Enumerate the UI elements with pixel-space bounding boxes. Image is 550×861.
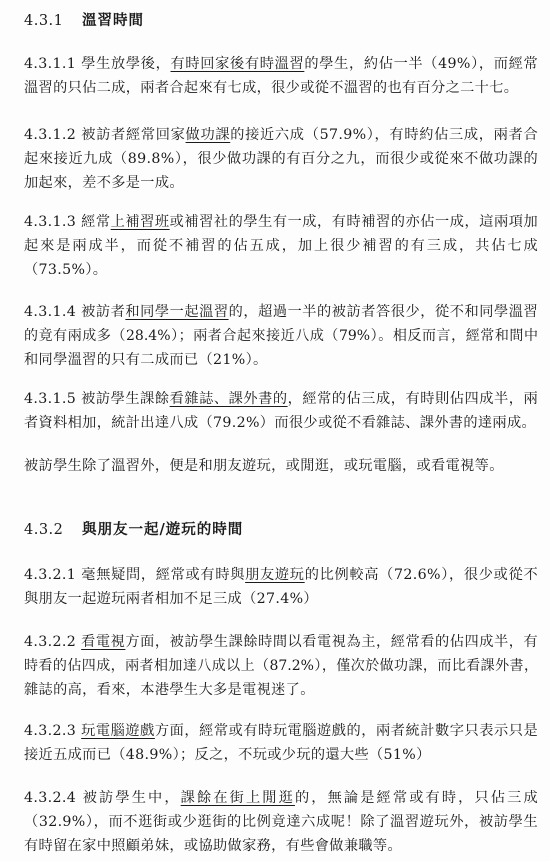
paragraph-line: 4.3.1.1 學生放學後，有時回家後有時溫習的學生，約佔一半（49%），而經常: [24, 54, 538, 74]
underlined-phrase: 玩電腦遊戲: [81, 723, 155, 739]
paragraph-line: 4.3.2.2 看電視方面，被訪學生課餘時間以看電視為主，經常看的佔四成半，有: [24, 632, 538, 652]
underlined-phrase: 朋友遊玩: [245, 567, 305, 583]
paragraph-line: 時看的佔四成，兩者相加達八成以上（87.2%），僅次於做功課，而比看課外書，: [24, 656, 538, 676]
underlined-phrase: 上補習班: [111, 214, 170, 230]
text-segment: 或補習社的學生有一成，有時補習的亦佔一成，這兩項加: [170, 214, 538, 230]
paragraph-line: 者資料相加，統計出達八成（79.2%）而很少或從不看雜誌、課外書的達兩成。: [24, 413, 538, 433]
paragraph-line: 4.3.2.4 被訪學生中，課餘在街上閒逛的，無論是經常或有時，只佔三成: [24, 788, 538, 808]
text-segment: 的，無論是經常或有時，只佔三成: [295, 790, 538, 806]
text-segment: 4.3.1.4 被訪者: [24, 304, 125, 320]
section-heading: 4.3.1溫習時間: [24, 11, 144, 31]
paragraph-line: 溫習的只佔二成，兩者合起來有七成，很少或從不溫習的也有百分之二十七。: [24, 78, 538, 98]
paragraph-line: 接近五成而已（48.9%）；反之，不玩或少玩的還大些（51%）: [24, 745, 538, 765]
underlined-phrase: 看電視: [81, 634, 125, 650]
paragraph-line: 與朋友一起遊玩兩者相加不足三成（27.4%）: [24, 589, 538, 609]
underlined-phrase: 有時回家後有時溫習: [171, 56, 305, 72]
text-segment: 4.3.1.5 被訪學生課餘: [24, 391, 170, 407]
text-segment: 的接近六成（57.9%），有時約佔三成，兩者合: [230, 127, 538, 143]
text-segment: 的學生，約佔一半（49%），而經常: [304, 56, 538, 72]
paragraph-line: 4.3.1.3 經常上補習班或補習社的學生有一成，有時補習的亦佔一成，這兩項加: [24, 212, 538, 232]
text-segment: 時看的佔四成，兩者相加達八成以上（87.2%），僅次於做功課，而比看課外書，: [24, 658, 538, 674]
paragraph-line: 有時留在家中照顧弟妹，或協助做家務，有些會做兼職等。: [24, 836, 538, 856]
section-number: 4.3.2: [24, 520, 82, 540]
section-number: 4.3.1: [24, 11, 82, 31]
text-segment: 的竟有兩成多（28.4%）；兩者合起來接近八成（79%）。相反而言，經常和間中: [24, 328, 538, 344]
paragraph-line: （73.5%）。: [24, 260, 538, 280]
text-segment: 者資料相加，統計出達八成（79.2%）而很少或從不看雜誌、課外書的達兩成。: [24, 415, 536, 431]
underlined-phrase: 課餘在街上閒逛: [181, 790, 295, 806]
text-segment: 4.3.1.1 學生放學後，: [24, 56, 171, 72]
text-segment: 和同學溫習的只有二成而已（21%）。: [24, 352, 268, 368]
text-segment: 的，超過一半的被訪者答很少，從不和同學溫習: [229, 304, 538, 320]
text-segment: 4.3.2.2: [24, 634, 81, 650]
paragraph-line: 4.3.1.2 被訪者經常回家做功課的接近六成（57.9%），有時約佔三成，兩者…: [24, 125, 538, 145]
underlined-phrase: 做功課: [186, 127, 231, 143]
paragraph-line: 被訪學生除了溫習外，便是和朋友遊玩，或閒逛，或玩電腦，或看電視等。: [24, 456, 538, 476]
underlined-phrase: 看雜誌、課外書的: [170, 391, 288, 407]
text-segment: 方面，被訪學生課餘時間以看電視為主，經常看的佔四成半，有: [125, 634, 538, 650]
text-segment: 接近五成而已（48.9%）；反之，不玩或少玩的還大些（51%）: [24, 747, 431, 763]
paragraph-line: 的竟有兩成多（28.4%）；兩者合起來接近八成（79%）。相反而言，經常和間中: [24, 326, 538, 346]
text-segment: 溫習的只佔二成，兩者合起來有七成，很少或從不溫習的也有百分之二十七。: [24, 80, 518, 96]
paragraph-line: 起來是兩成半，而從不補習的佔五成，加上很少補習的有三成，共佔七成: [24, 236, 538, 256]
text-segment: 4.3.1.2 被訪者經常回家: [24, 127, 186, 143]
paragraph-line: 加起來，差不多是一成。: [24, 173, 538, 193]
section-title: 與朋友一起/遊玩的時間: [82, 521, 243, 538]
text-segment: 4.3.2.4 被訪學生中，: [24, 790, 181, 806]
paragraph-line: 雜誌的高，看來，本港學生大多是電視迷了。: [24, 680, 538, 700]
text-segment: 起來接近九成（89.8%），很少做功課的有百分之九，而很少或從來不做功課的: [24, 151, 538, 167]
paragraph-line: 4.3.1.4 被訪者和同學一起溫習的，超過一半的被訪者答很少，從不和同學溫習: [24, 302, 538, 322]
text-segment: 起來是兩成半，而從不補習的佔五成，加上很少補習的有三成，共佔七成: [24, 238, 538, 254]
text-segment: 雜誌的高，看來，本港學生大多是電視迷了。: [24, 682, 315, 698]
text-segment: （73.5%）。: [24, 262, 107, 278]
document-page: 4.3.1溫習時間4.3.1.1 學生放學後，有時回家後有時溫習的學生，約佔一半…: [0, 0, 550, 861]
text-segment: 4.3.1.3 經常: [24, 214, 111, 230]
text-segment: 加起來，差不多是一成。: [24, 175, 184, 191]
paragraph-line: （32.9%），而不逛街或少逛街的比例竟達六成呢！除了溫習遊玩外，被訪學生: [24, 812, 538, 832]
paragraph-line: 起來接近九成（89.8%），很少做功課的有百分之九，而很少或從來不做功課的: [24, 149, 538, 169]
text-segment: 被訪學生除了溫習外，便是和朋友遊玩，或閒逛，或玩電腦，或看電視等。: [24, 458, 504, 474]
paragraph-line: 4.3.2.3 玩電腦遊戲方面，經常或有時玩電腦遊戲的，兩者統計數字只表示只是: [24, 721, 538, 741]
section-heading: 4.3.2與朋友一起/遊玩的時間: [24, 520, 243, 540]
text-segment: 方面，經常或有時玩電腦遊戲的，兩者統計數字只表示只是: [155, 723, 538, 739]
section-title: 溫習時間: [82, 12, 144, 29]
text-segment: 有時留在家中照顧弟妹，或協助做家務，有些會做兼職等。: [24, 838, 402, 854]
paragraph-line: 4.3.1.5 被訪學生課餘看雜誌、課外書的，經常的佔三成，有時則佔四成半，兩: [24, 389, 538, 409]
paragraph-line: 和同學溫習的只有二成而已（21%）。: [24, 350, 538, 370]
text-segment: ，經常的佔三成，有時則佔四成半，兩: [288, 391, 538, 407]
underlined-phrase: 和同學一起溫習: [125, 304, 228, 320]
text-segment: 與朋友一起遊玩兩者相加不足三成（27.4%）: [24, 591, 318, 607]
paragraph-line: 4.3.2.1 毫無疑問，經常或有時與朋友遊玩的比例較高（72.6%），很少或從…: [24, 565, 538, 585]
text-segment: 4.3.2.1 毫無疑問，經常或有時與: [24, 567, 245, 583]
text-segment: （32.9%），而不逛街或少逛街的比例竟達六成呢！除了溫習遊玩外，被訪學生: [24, 814, 538, 830]
text-segment: 4.3.2.3: [24, 723, 81, 739]
text-segment: 的比例較高（72.6%），很少或從不: [305, 567, 538, 583]
